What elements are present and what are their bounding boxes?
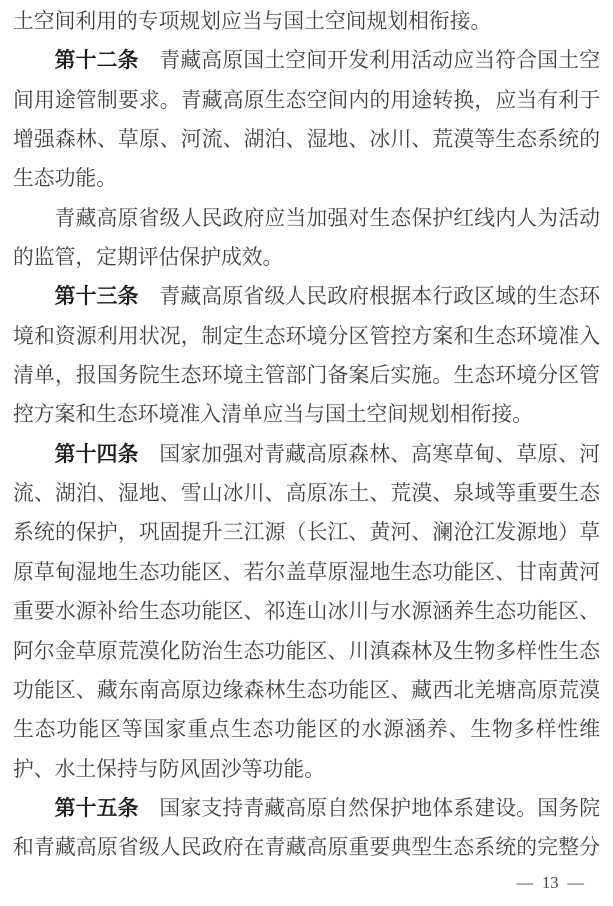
text-line: 境和资源利用状况，制定生态环境分区管控方案和生态环境准入 bbox=[13, 317, 600, 356]
page-number-dash-left: — bbox=[517, 873, 534, 892]
page-number-value: 13 bbox=[542, 873, 559, 892]
line-text: 青藏高原省级人民政府应当加强对生态保护红线内人为活动 bbox=[55, 207, 600, 230]
article-number: 第十五条 bbox=[55, 797, 139, 820]
text-line: 清单，报国务院生态环境主管部门备案后实施。生态环境分区管 bbox=[13, 356, 600, 395]
text-line: 第十二条青藏高原国土空间开发利用活动应当符合国土空 bbox=[13, 41, 600, 80]
text-line: 土空间利用的专项规划应当与国土空间规划相衔接。 bbox=[13, 2, 600, 41]
line-text: 流、湖泊、湿地、雪山冰川、高原冻土、荒漠、泉域等重要生态 bbox=[13, 482, 600, 505]
text-line: 增强森林、草原、河流、湖泊、湿地、冰川、荒漠等生态系统的 bbox=[13, 120, 600, 159]
text-line: 功能区、藏东南高原边缘森林生态功能区、藏西北羌塘高原荒漠 bbox=[13, 671, 600, 710]
text-line: 和青藏高原省级人民政府在青藏高原重要典型生态系统的完整分 bbox=[13, 828, 600, 867]
page-number: —13— bbox=[517, 873, 585, 893]
line-text: 土空间利用的专项规划应当与国土空间规划相衔接。 bbox=[13, 10, 491, 33]
text-line: 生态功能区等国家重点生态功能区的水源涵养、生物多样性维 bbox=[13, 710, 600, 749]
line-text: 系统的保护，巩固提升三江源（长江、黄河、澜沧江发源地）草 bbox=[13, 521, 600, 544]
line-text: 国家支持青藏高原自然保护地体系建设。国务院 bbox=[159, 797, 600, 820]
text-line: 重要水源补给生态功能区、祁连山冰川与水源涵养生态功能区、 bbox=[13, 592, 600, 631]
text-line: 流、湖泊、湿地、雪山冰川、高原冻土、荒漠、泉域等重要生态 bbox=[13, 474, 600, 513]
text-line: 控方案和生态环境准入清单应当与国土空间规划相衔接。 bbox=[13, 395, 600, 434]
article-number: 第十三条 bbox=[55, 285, 139, 308]
text-line: 阿尔金草原荒漠化防治生态功能区、川滇森林及生物多样性生态 bbox=[13, 632, 600, 671]
text-line: 第十四条国家加强对青藏高原森林、高寒草甸、草原、河 bbox=[13, 435, 600, 474]
line-text: 护、水土保持与防风固沙等功能。 bbox=[13, 758, 325, 781]
line-text: 青藏高原省级人民政府根据本行政区域的生态环 bbox=[159, 285, 600, 308]
line-text: 境和资源利用状况，制定生态环境分区管控方案和生态环境准入 bbox=[13, 325, 600, 348]
line-text: 国家加强对青藏高原森林、高寒草甸、草原、河 bbox=[159, 443, 600, 466]
document-body: 土空间利用的专项规划应当与国土空间规划相衔接。第十二条青藏高原国土空间开发利用活… bbox=[13, 2, 600, 868]
line-text: 功能区、藏东南高原边缘森林生态功能区、藏西北羌塘高原荒漠 bbox=[13, 679, 600, 702]
text-line: 护、水土保持与防风固沙等功能。 bbox=[13, 750, 600, 789]
text-line: 系统的保护，巩固提升三江源（长江、黄河、澜沧江发源地）草 bbox=[13, 513, 600, 552]
line-text: 控方案和生态环境准入清单应当与国土空间规划相衔接。 bbox=[13, 403, 533, 426]
line-text: 增强森林、草原、河流、湖泊、湿地、冰川、荒漠等生态系统的 bbox=[13, 128, 600, 151]
page-number-dash-right: — bbox=[568, 873, 585, 892]
article-number: 第十四条 bbox=[55, 443, 139, 466]
text-line: 青藏高原省级人民政府应当加强对生态保护红线内人为活动 bbox=[13, 199, 600, 238]
line-text: 清单，报国务院生态环境主管部门备案后实施。生态环境分区管 bbox=[13, 364, 600, 387]
line-text: 生态功能区等国家重点生态功能区的水源涵养、生物多样性维 bbox=[13, 718, 600, 741]
article-number: 第十二条 bbox=[55, 49, 139, 72]
text-line: 原草甸湿地生态功能区、若尔盖草原湿地生态功能区、甘南黄河 bbox=[13, 553, 600, 592]
line-text: 和青藏高原省级人民政府在青藏高原重要典型生态系统的完整分 bbox=[13, 836, 600, 859]
text-line: 间用途管制要求。青藏高原生态空间内的用途转换，应当有利于 bbox=[13, 81, 600, 120]
line-text: 间用途管制要求。青藏高原生态空间内的用途转换，应当有利于 bbox=[13, 89, 600, 112]
line-text: 阿尔金草原荒漠化防治生态功能区、川滇森林及生物多样性生态 bbox=[13, 640, 600, 663]
line-text: 生态功能。 bbox=[13, 167, 117, 190]
line-text: 青藏高原国土空间开发利用活动应当符合国土空 bbox=[159, 49, 600, 72]
document-page: 土空间利用的专项规划应当与国土空间规划相衔接。第十二条青藏高原国土空间开发利用活… bbox=[0, 0, 613, 906]
text-line: 的监管，定期评估保护成效。 bbox=[13, 238, 600, 277]
text-line: 生态功能。 bbox=[13, 159, 600, 198]
line-text: 重要水源补给生态功能区、祁连山冰川与水源涵养生态功能区、 bbox=[13, 600, 600, 623]
line-text: 的监管，定期评估保护成效。 bbox=[13, 246, 283, 269]
text-line: 第十三条青藏高原省级人民政府根据本行政区域的生态环 bbox=[13, 277, 600, 316]
line-text: 原草甸湿地生态功能区、若尔盖草原湿地生态功能区、甘南黄河 bbox=[13, 561, 600, 584]
text-line: 第十五条国家支持青藏高原自然保护地体系建设。国务院 bbox=[13, 789, 600, 828]
